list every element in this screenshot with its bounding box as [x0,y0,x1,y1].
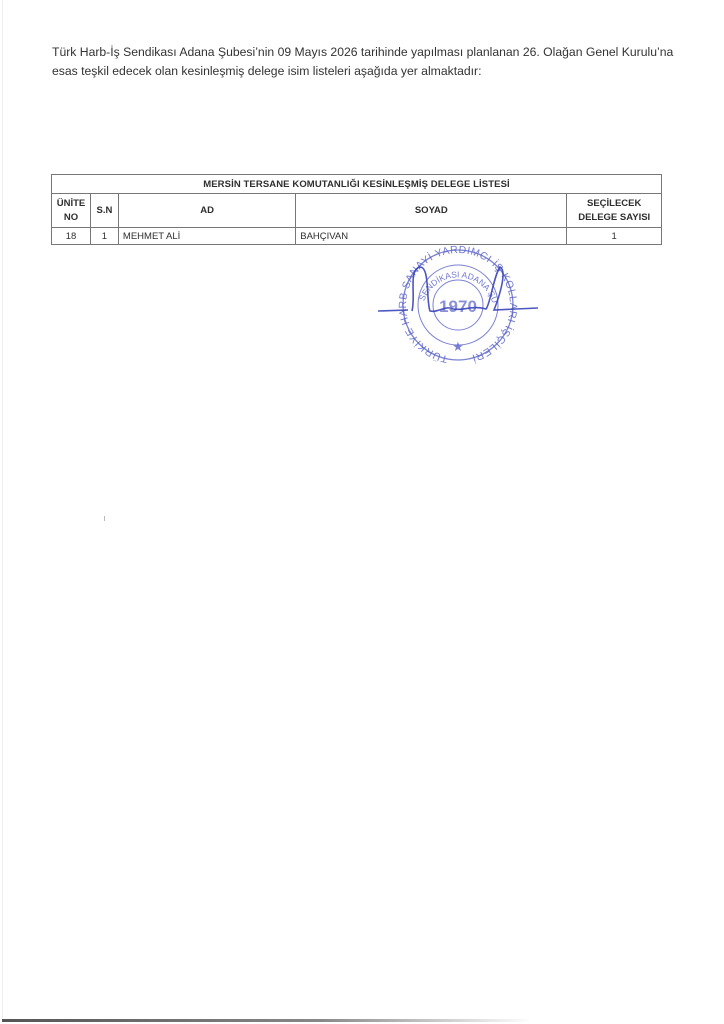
header-unite-line1: ÜNİTE [57,198,86,209]
intro-paragraph: Türk Harb-İş Sendikası Adana Şubesi’nin … [52,43,692,81]
svg-text:1970: 1970 [439,297,477,316]
cell-soyad: BAHÇIVAN [296,228,567,245]
table-title: MERSİN TERSANE KOMUTANLIĞI KESİNLEŞMİŞ D… [52,175,662,194]
table-row: 18 1 MEHMET ALİ BAHÇIVAN 1 [52,228,662,245]
stamp-seal-icon: TÜRKİYE HARB SANAYİ YARDIMCI İŞ KOLLARI … [378,245,538,365]
header-sn: S.N [90,194,118,228]
svg-text:★: ★ [452,339,464,354]
scan-speck [104,516,105,521]
scan-bottom-edge [2,1019,532,1022]
intro-line-2: esas teşkil edecek olan kesinleşmiş dele… [52,62,692,81]
header-ad: AD [118,194,295,228]
table-header-row: ÜNİTE NO S.N AD SOYAD SEÇİLECEK DELEGE S… [52,194,662,228]
header-secilecek-line1: SEÇİLECEK [587,198,641,209]
header-secilecek-line2: DELEGE SAYISI [578,212,650,223]
header-secilecek: SEÇİLECEK DELEGE SAYISI [567,194,662,228]
intro-line-1: Türk Harb-İş Sendikası Adana Şubesi’nin … [52,43,692,62]
cell-unite-no: 18 [52,228,91,245]
cell-sn: 1 [90,228,118,245]
header-soyad: SOYAD [296,194,567,228]
cell-ad: MEHMET ALİ [118,228,295,245]
header-unite-no: ÜNİTE NO [52,194,91,228]
cell-secilecek: 1 [567,228,662,245]
table-title-row: MERSİN TERSANE KOMUTANLIĞI KESİNLEŞMİŞ D… [52,175,662,194]
scan-edge [2,0,3,1020]
header-unite-line2: NO [64,212,78,223]
union-stamp: TÜRKİYE HARB SANAYİ YARDIMCI İŞ KOLLARI … [378,245,538,365]
delegate-table: MERSİN TERSANE KOMUTANLIĞI KESİNLEŞMİŞ D… [51,174,662,245]
